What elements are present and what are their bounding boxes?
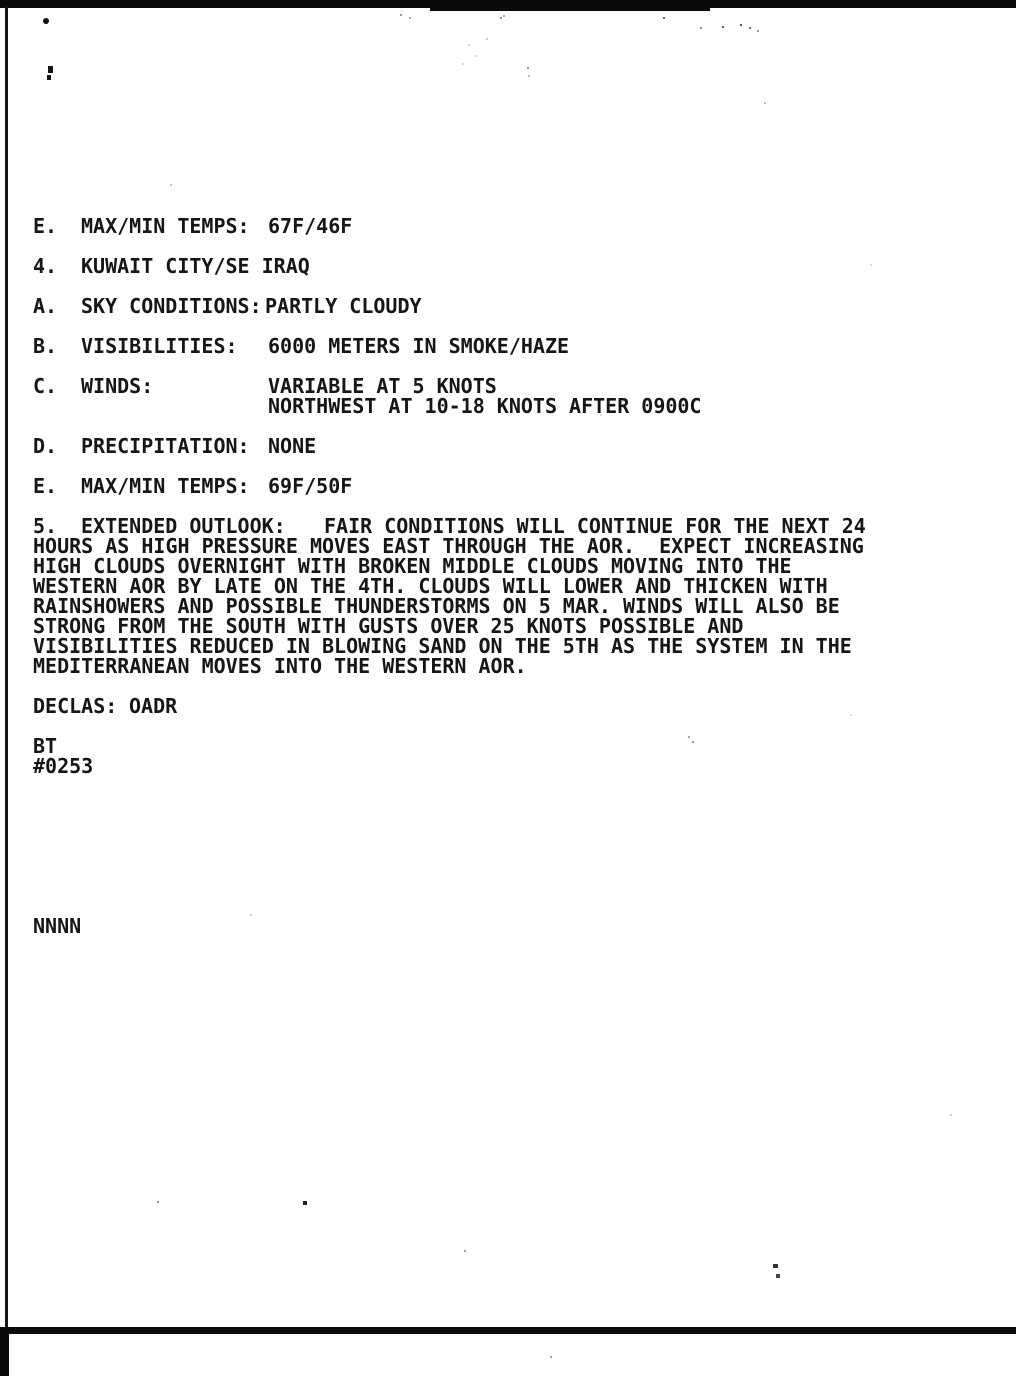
outlook-line: 5. EXTENDED OUTLOOK: FAIR CONDITIONS WIL… (0, 516, 1016, 536)
outlook-line: WESTERN AOR BY LATE ON THE 4TH. CLOUDS W… (0, 576, 1016, 596)
entry-label: C. (33, 376, 57, 396)
entry-value: 67F/46F (268, 216, 352, 236)
entry-field: WINDS: (81, 376, 153, 396)
scan-edge-top-fragment (430, 0, 710, 11)
entry-label: B. (33, 336, 57, 356)
entry-label: A. (33, 296, 57, 316)
entry-value: VARIABLE AT 5 KNOTS (268, 376, 497, 396)
entry-label: 4. (33, 256, 57, 276)
outlook-line: RAINSHOWERS AND POSSIBLE THUNDERSTORMS O… (0, 596, 1016, 616)
report-entry-line: D. PRECIPITATION: NONE (0, 436, 1016, 456)
entry-field: MAX/MIN TEMPS: (81, 216, 250, 236)
report-entry-line: 4. KUWAIT CITY/SE IRAQ (0, 256, 1016, 276)
declas-value: OADR (129, 696, 177, 716)
report-entry-line: C. WINDS: VARIABLE AT 5 KNOTS (0, 376, 1016, 396)
scan-edge-bottom (0, 1327, 1016, 1334)
outlook-line: HIGH CLOUDS OVERNIGHT WITH BROKEN MIDDLE… (0, 556, 1016, 576)
end-of-message-line: NNNN (0, 916, 1016, 936)
entry-field: PRECIPITATION: (81, 436, 250, 456)
report-entry-line: A. SKY CONDITIONS: PARTLY CLOUDY (0, 296, 1016, 316)
report-entry-line: E. MAX/MIN TEMPS: 67F/46F (0, 216, 1016, 236)
declas-label: DECLAS: (33, 696, 117, 716)
report-entry-line: E. MAX/MIN TEMPS: 69F/50F (0, 476, 1016, 496)
end-of-message-marker: NNNN (33, 916, 81, 936)
entry-label: E. (33, 476, 57, 496)
message-number-line: #0253 (0, 756, 1016, 776)
entry-value: NONE (268, 436, 316, 456)
scan-noise-specks (400, 14, 402, 16)
message-number: #0253 (33, 756, 93, 776)
entry-field: VISIBILITIES: (81, 336, 238, 356)
scan-edge-corner (0, 1327, 9, 1376)
entry-value: 69F/50F (268, 476, 352, 496)
outlook-text: HIGH CLOUDS OVERNIGHT WITH BROKEN MIDDLE… (33, 556, 792, 576)
outlook-heading: EXTENDED OUTLOOK: (81, 516, 286, 536)
outlook-line: MEDITERRANEAN MOVES INTO THE WESTERN AOR… (0, 656, 1016, 676)
outlook-text: STRONG FROM THE SOUTH WITH GUSTS OVER 25… (33, 616, 743, 636)
scan-artifact-mark (47, 75, 51, 80)
scan-artifact-mark (773, 1264, 778, 1268)
bt-line: BT (0, 736, 1016, 756)
outlook-text: HOURS AS HIGH PRESSURE MOVES EAST THROUG… (33, 536, 864, 556)
outlook-number: 5. (33, 516, 57, 536)
scan-artifact-mark (48, 66, 53, 73)
entry-value: NORTHWEST AT 10-18 KNOTS AFTER 0900C (268, 396, 701, 416)
outlook-text: RAINSHOWERS AND POSSIBLE THUNDERSTORMS O… (33, 596, 840, 616)
entry-field: SKY CONDITIONS: (81, 296, 262, 316)
entry-value: PARTLY CLOUDY (265, 296, 422, 316)
bt-marker: BT (33, 736, 57, 756)
declas-line: DECLAS: OADR (0, 696, 1016, 716)
outlook-line: STRONG FROM THE SOUTH WITH GUSTS OVER 25… (0, 616, 1016, 636)
scan-artifact-mark (776, 1274, 780, 1278)
outlook-text: WESTERN AOR BY LATE ON THE 4TH. CLOUDS W… (33, 576, 828, 596)
entry-field: KUWAIT CITY/SE IRAQ (81, 256, 310, 276)
outlook-line: HOURS AS HIGH PRESSURE MOVES EAST THROUG… (0, 536, 1016, 556)
scan-artifact-dot (43, 18, 49, 24)
entry-field: MAX/MIN TEMPS: (81, 476, 250, 496)
report-entry-continuation-line: NORTHWEST AT 10-18 KNOTS AFTER 0900C (0, 396, 1016, 416)
outlook-text: VISIBILITIES REDUCED IN BLOWING SAND ON … (33, 636, 852, 656)
outlook-line: VISIBILITIES REDUCED IN BLOWING SAND ON … (0, 636, 1016, 656)
entry-label: E. (33, 216, 57, 236)
scanned-page: E. MAX/MIN TEMPS: 67F/46F 4. KUWAIT CITY… (0, 0, 1016, 1376)
outlook-text: FAIR CONDITIONS WILL CONTINUE FOR THE NE… (324, 516, 866, 536)
report-entry-line: B. VISIBILITIES: 6000 METERS IN SMOKE/HA… (0, 336, 1016, 356)
entry-value: 6000 METERS IN SMOKE/HAZE (268, 336, 569, 356)
scan-artifact-dot (303, 1201, 307, 1205)
entry-label: D. (33, 436, 57, 456)
outlook-text: MEDITERRANEAN MOVES INTO THE WESTERN AOR… (33, 656, 527, 676)
